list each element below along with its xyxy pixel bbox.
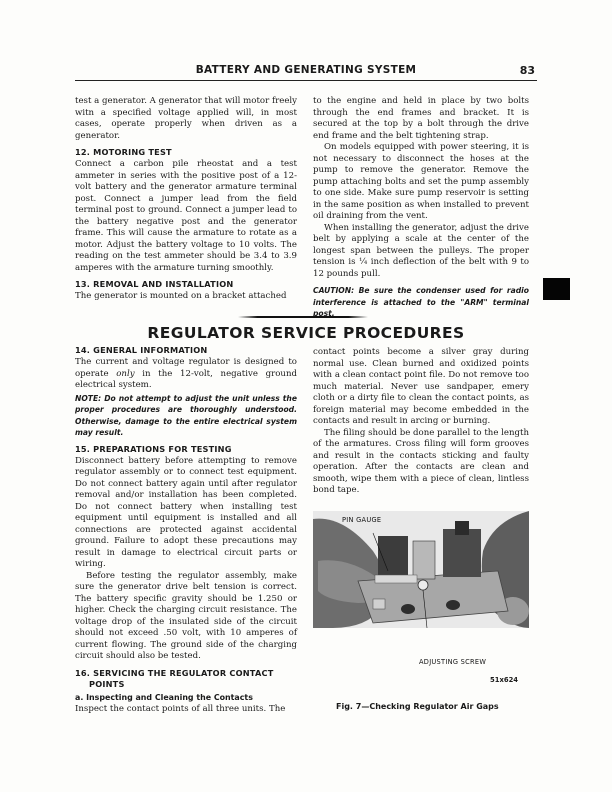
heading-general-information: 14. GENERAL INFORMATION: [75, 345, 297, 356]
note-warning: NOTE: Do not attempt to adjust the unit …: [75, 393, 297, 439]
bottom-right-column: contact points become a silver gray duri…: [313, 347, 529, 497]
motoring-test-body: Connect a carbon pile rheostat and a tes…: [75, 159, 297, 274]
preparations-paragraph-2: Before testing the regulator assembly, m…: [75, 571, 297, 663]
heading-motoring-test: 12. MOTORING TEST: [75, 147, 297, 158]
top-right-column: to the engine and held in place by two b…: [313, 96, 529, 322]
removal-installation-body: The generator is mounted on a bracket at…: [75, 291, 297, 303]
intro-paragraph: test a generator. A generator that will …: [75, 96, 297, 142]
heading-line-2: POINTS: [75, 679, 297, 690]
heading-preparations-testing: 15. PREPARATIONS FOR TESTING: [75, 444, 297, 455]
running-title: BATTERY AND GENERATING SYSTEM: [75, 64, 537, 76]
heading-line-1: 16. SERVICING THE REGULATOR CONTACT: [75, 668, 273, 678]
section-title: REGULATOR SERVICE PROCEDURES: [75, 324, 537, 342]
filing-paragraph: The filing should be done parallel to th…: [313, 428, 529, 497]
contact-points-paragraph: contact points become a silver gray duri…: [313, 347, 529, 428]
bottom-left-column: 14. GENERAL INFORMATION The current and …: [75, 345, 297, 716]
figure-caption: Fig. 7—Checking Regulator Air Gaps: [336, 702, 499, 711]
general-information-body: The current and voltage regulator is des…: [75, 357, 297, 392]
pin-gauge-callout: PIN GAUGE: [342, 516, 381, 524]
thumb-index-tab: [543, 278, 570, 300]
power-steering-paragraph: On models equipped with power steering, …: [313, 142, 529, 223]
preparations-paragraph-1: Disconnect battery before attempting to …: [75, 456, 297, 571]
figure-regulator-photo: PIN GAUGE: [313, 511, 529, 628]
heading-removal-installation: 13. REMOVAL AND INSTALLATION: [75, 279, 297, 290]
mounting-paragraph: to the engine and held in place by two b…: [313, 96, 529, 142]
caution-note: CAUTION: Be sure the condenser used for …: [313, 285, 529, 320]
top-left-column: test a generator. A generator that will …: [75, 96, 297, 303]
emphasis-text: only: [116, 369, 134, 379]
adjusting-screw-callout: ADJUSTING SCREW: [419, 658, 486, 666]
regulator-photo-illustration: [313, 511, 529, 628]
subheading-inspecting-cleaning: a. Inspecting and Cleaning the Contacts: [75, 692, 297, 704]
figure-code: 51x624: [490, 676, 518, 684]
page-number: 83: [520, 64, 535, 77]
section-divider-rule: [238, 316, 368, 318]
belt-tension-paragraph: When installing the generator, adjust th…: [313, 223, 529, 281]
heading-servicing-contact-points: 16. SERVICING THE REGULATOR CONTACT POIN…: [75, 668, 297, 690]
inspect-contacts-body: Inspect the contact points of all three …: [75, 704, 297, 716]
running-header: BATTERY AND GENERATING SYSTEM 83: [75, 64, 537, 81]
